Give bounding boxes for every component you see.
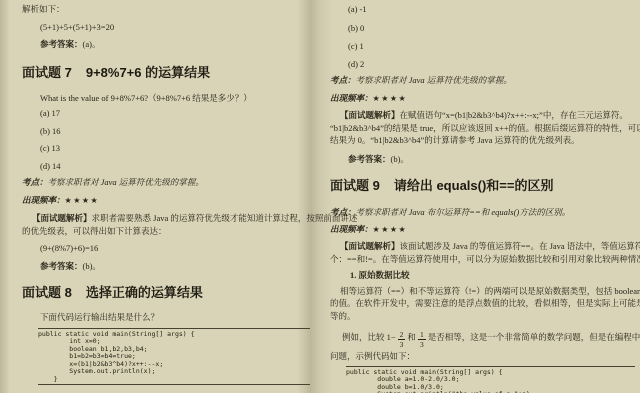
frequency-label: 出现频率： bbox=[22, 195, 65, 205]
code-line: System.out.println(x); bbox=[38, 368, 310, 376]
frequency-stars: ★★★★ bbox=[373, 225, 408, 234]
exam-point-line: 考点：考察求职者对 Java 运算符优先级的掌握。 bbox=[22, 176, 310, 189]
question-9-code-block: public static void main(String[] args) {… bbox=[346, 366, 635, 393]
question-7-text: What is the value of 9+8%7+6?（9+8%7+6 结果… bbox=[22, 92, 310, 105]
answer-value: (b)。 bbox=[391, 154, 409, 164]
question-7-analysis: 【面试题解析】求职者需要熟悉 Java 的运算符优先级才能知道计算过程，按照前面… bbox=[22, 212, 310, 237]
frequency-line: 出现频率：★★★★ bbox=[22, 194, 310, 208]
continued-lead-text: 解析如下： bbox=[22, 3, 310, 16]
code-line: } bbox=[38, 376, 310, 384]
analysis-line-2: 个：==和!=。在等值运算符使用中，可以分为原始数据比较和引用对象比较两种情况。 bbox=[330, 253, 635, 266]
question-8-heading: 面试题 8选择正确的运算结果 bbox=[22, 284, 310, 302]
question-9-heading: 面试题 9请给出 equals()和==的区别 bbox=[330, 177, 635, 195]
left-column: 解析如下： (5+1)+5+(5+1)+3=20 参考答案：(a)。 面试题 7… bbox=[22, 0, 310, 385]
question-9-title: 请给出 equals()和==的区别 bbox=[394, 178, 554, 193]
example-post-text: 是否相等，这是一个非常简单的数学问题，但是在编程中会出现 bbox=[428, 332, 640, 342]
option-d: (d) 14 bbox=[22, 160, 310, 173]
question-8-number: 面试题 8 bbox=[22, 285, 72, 300]
question-7-title: 9+8%7+6 的运算结果 bbox=[86, 65, 210, 80]
analysis-label: 【面试题解析】 bbox=[340, 241, 400, 251]
right-column: (a) -1 (b) 0 (c) 1 (d) 2 考点：考察求职者对 Java … bbox=[330, 0, 635, 393]
option-b: (b) 0 bbox=[330, 22, 635, 35]
answer-value: (a)。 bbox=[83, 39, 101, 49]
option-a: (a) -1 bbox=[330, 3, 635, 16]
fraction-one-third: 13 bbox=[418, 331, 426, 349]
analysis-line-1: 在赋值语句“x=(b1|b2&b3^b4)?x++:--x;”中，存在三元运算符… bbox=[400, 110, 628, 120]
frequency-stars: ★★★★ bbox=[373, 94, 408, 103]
example-line-2: 问题，示例代码如下： bbox=[330, 350, 635, 363]
frequency-stars: ★★★★ bbox=[65, 196, 100, 205]
analysis-line-3: 结果为 0。“b1|b2&b3^b4”的计算请参考 Java 运算符的优先级列表… bbox=[330, 134, 635, 147]
exam-point-line: 考点：考察求职者对 Java 布尔运算符==和 equals()方法的区别。 bbox=[330, 206, 635, 219]
exam-point-label: 考点： bbox=[330, 207, 356, 217]
example-pre-text: 例如，比较 1− bbox=[342, 332, 396, 342]
reference-answer-q7: 参考答案：(b)。 bbox=[22, 260, 310, 273]
paragraph-line-1: 相等运算符（==）和不等运算符（!=）的两端可以是原始数据类型，包括 boole… bbox=[330, 285, 635, 298]
option-b: (b) 16 bbox=[22, 125, 310, 138]
question-8-code-block: public static void main(String[] args) {… bbox=[38, 328, 310, 386]
option-c: (c) 13 bbox=[22, 142, 310, 155]
primitive-compare-paragraph: 相等运算符（==）和不等运算符（!=）的两端可以是原始数据类型，包括 boole… bbox=[330, 285, 635, 323]
frequency-label: 出现频率： bbox=[330, 224, 373, 234]
paragraph-line-2: 的值。在软件开发中，需要注意的是浮点数值的比较，看似相等，但是实际上可能是不相 bbox=[330, 297, 635, 310]
analysis-line-1: 该面试题涉及 Java 的等值运算符==。在 Java 语法中，等值运算符有两 bbox=[400, 241, 640, 251]
question-8-title: 选择正确的运算结果 bbox=[86, 285, 203, 300]
option-a: (a) 17 bbox=[22, 107, 310, 120]
option-c: (c) 1 bbox=[330, 40, 635, 53]
fraction-two-thirds: 23 bbox=[398, 331, 406, 349]
option-d: (d) 2 bbox=[330, 58, 635, 71]
exam-point-text: 考察求职者对 Java 运算符优先级的掌握。 bbox=[356, 75, 512, 85]
answer-label: 参考答案： bbox=[40, 261, 83, 271]
reference-answer-q8: 参考答案：(b)。 bbox=[330, 153, 635, 166]
formula-result-line: (9+(8%7)+6)=16 bbox=[22, 242, 310, 255]
exam-point-line: 考点：考察求职者对 Java 运算符优先级的掌握。 bbox=[330, 74, 635, 87]
exam-point-text: 考察求职者对 Java 布尔运算符==和 equals()方法的区别。 bbox=[356, 207, 571, 217]
analysis-line-2: “b1|b2&b3^b4”的结果是 true，所以应该返回 x++的值。根据后缀… bbox=[330, 122, 635, 135]
question-7-number: 面试题 7 bbox=[22, 65, 72, 80]
question-8-text: 下面代码运行输出结果是什么？ bbox=[22, 311, 310, 324]
analysis-line-2: 的优先级表，可以得出如下计算表达： bbox=[22, 225, 310, 238]
question-8-analysis: 【面试题解析】在赋值语句“x=(b1|b2&b3^b4)?x++:--x;”中，… bbox=[330, 109, 635, 147]
fraction-example-line: 例如，比较 1−23和13是否相等，这是一个非常简单的数学问题，但是在编程中会出… bbox=[330, 324, 635, 350]
reference-answer: 参考答案：(a)。 bbox=[22, 38, 310, 51]
question-9-analysis: 【面试题解析】该面试题涉及 Java 的等值运算符==。在 Java 语法中，等… bbox=[330, 240, 635, 265]
frequency-label: 出现频率： bbox=[330, 93, 373, 103]
analysis-line-1: 求职者需要熟悉 Java 的运算符优先级才能知道计算过程，按照前面讲述 bbox=[92, 213, 358, 223]
page-left-edge-shadow bbox=[0, 0, 10, 393]
answer-value: (b)。 bbox=[83, 261, 101, 271]
answer-label: 参考答案： bbox=[40, 39, 83, 49]
frequency-line: 出现频率：★★★★ bbox=[330, 223, 635, 237]
analysis-label: 【面试题解析】 bbox=[32, 213, 92, 223]
exam-point-label: 考点： bbox=[22, 177, 48, 187]
analysis-label: 【面试题解析】 bbox=[340, 110, 400, 120]
exam-point-label: 考点： bbox=[330, 75, 356, 85]
exam-point-text: 考察求职者对 Java 运算符优先级的掌握。 bbox=[48, 177, 204, 187]
sub-heading-primitive-compare: 1. 原始数据比较 bbox=[330, 269, 635, 282]
frequency-line: 出现频率：★★★★ bbox=[330, 92, 635, 106]
paragraph-line-3: 等的。 bbox=[330, 310, 635, 323]
question-7-heading: 面试题 79+8%7+6 的运算结果 bbox=[22, 64, 310, 82]
example-mid-text: 和 bbox=[407, 332, 416, 342]
question-9-number: 面试题 9 bbox=[330, 178, 380, 193]
answer-label: 参考答案： bbox=[348, 154, 391, 164]
formula-line: (5+1)+5+(5+1)+3=20 bbox=[22, 21, 310, 34]
